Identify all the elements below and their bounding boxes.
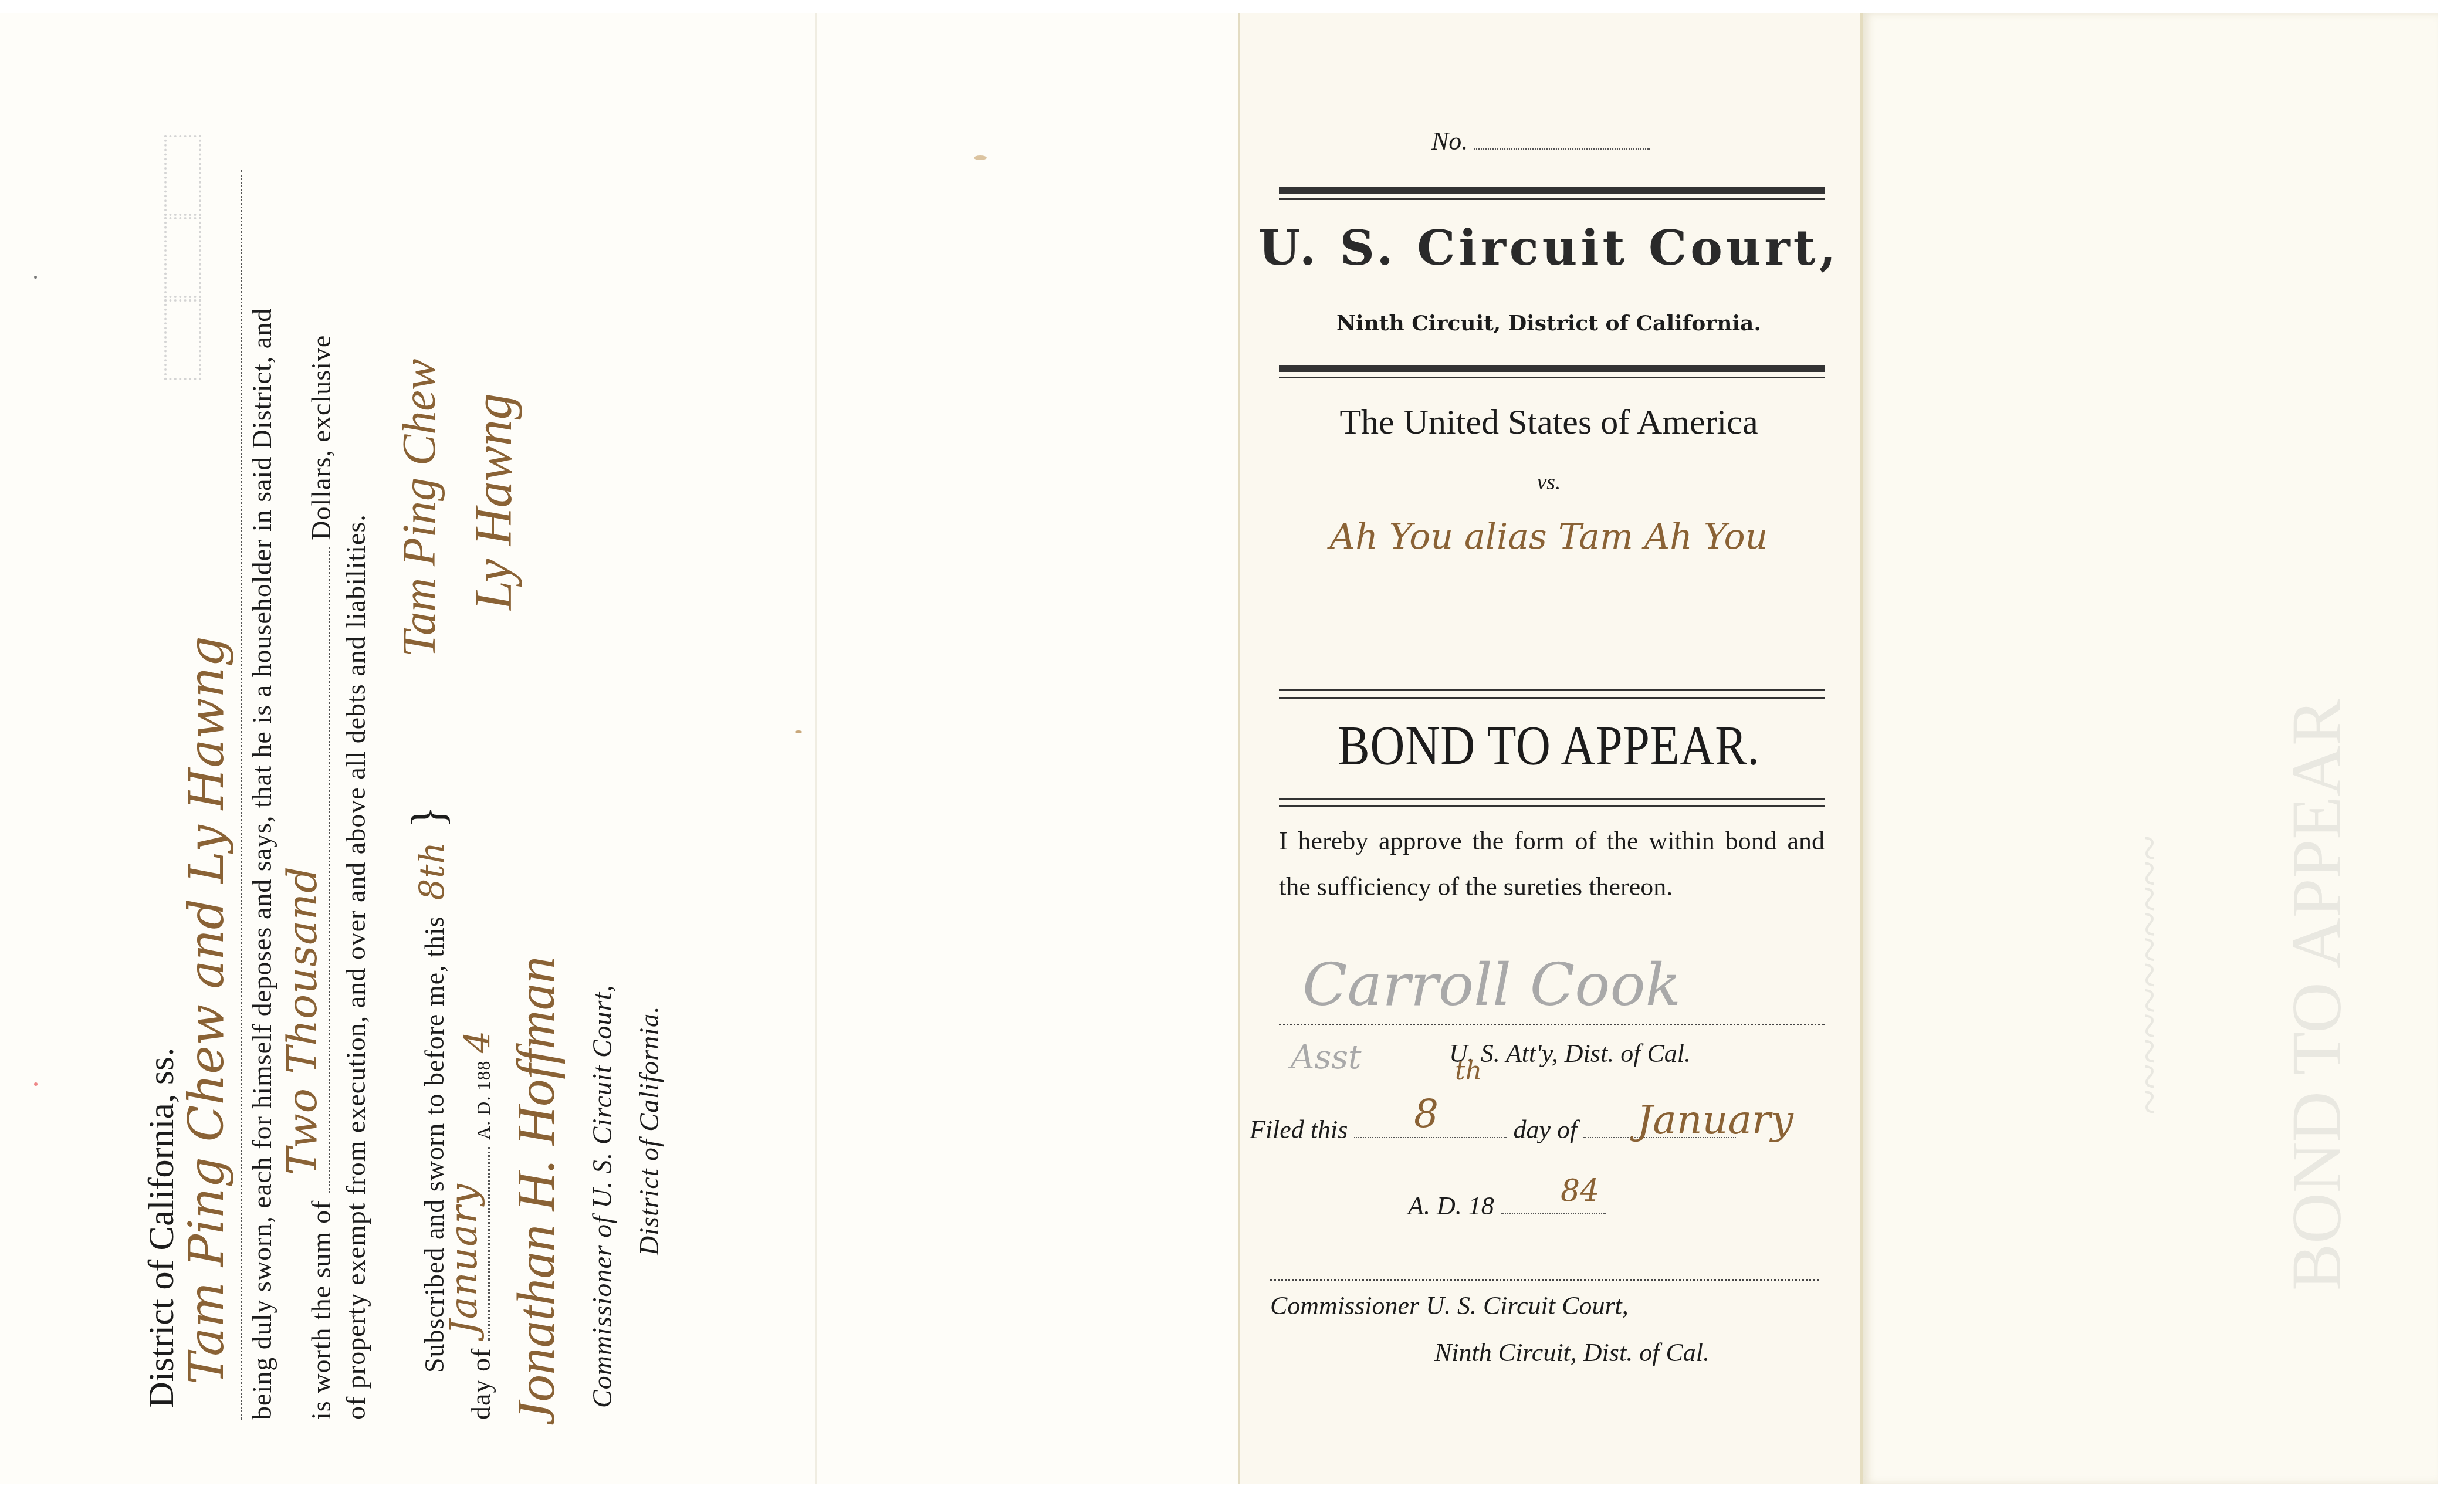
sum-label: is worth the sum of	[306, 1200, 336, 1420]
ad-label: A. D. 18	[1408, 1192, 1494, 1220]
day-handwriting: 8th	[412, 841, 452, 901]
ornamental-rule	[1279, 365, 1825, 372]
defendant-handwriting: Ah You alias Tam Ah You	[1238, 516, 1860, 557]
document-title: BOND TO APPEAR.	[1285, 713, 1813, 778]
commissioner-line-1: Commissioner U. S. Circuit Court,	[1270, 1291, 1629, 1321]
approval-text: I hereby approve the form of the within …	[1279, 818, 1825, 910]
filed-day-of: day of	[1513, 1115, 1577, 1144]
filed-day-suffix: th	[1455, 1056, 1482, 1086]
day-of-line: day of January A. D. 188 4	[458, 1030, 499, 1420]
double-rule	[1279, 697, 1825, 699]
number-label: No.	[1431, 127, 1468, 155]
sum-field: Two Thousand	[293, 547, 330, 1193]
month-field: January	[459, 1147, 490, 1341]
month-handwriting: January	[442, 1183, 486, 1335]
oath-line-2: is worth the sum of Two Thousand Dollars…	[293, 335, 337, 1420]
ornamental-rule	[1279, 187, 1825, 194]
ornamental-rule	[1279, 198, 1825, 200]
paper-speck	[34, 1082, 38, 1086]
filed-year-handwriting: 84	[1561, 1173, 1599, 1209]
double-rule	[1279, 798, 1825, 800]
signature-2: Ly Hawng	[463, 393, 524, 610]
affidavit-rotated: District of California, ss. Tam Ping Che…	[123, 70, 769, 1420]
deponents-line: Tam Ping Chew and Ly Hawng	[179, 170, 242, 1420]
court-name: U. S. Circuit Court,	[1238, 220, 1860, 276]
number-field	[1474, 131, 1650, 150]
filed-month-handwriting: January	[1637, 1097, 1793, 1143]
oath-line-3: of property exempt from execution, and o…	[340, 514, 371, 1420]
bleed-through-text: ~~~~~~~~~~~	[2124, 835, 2177, 1115]
plaintiff: The United States of America	[1238, 402, 1860, 442]
brace: }	[402, 805, 454, 828]
sum-handwriting: Two Thousand	[278, 866, 326, 1175]
day-of-text: day of	[466, 1348, 496, 1420]
attorney-signature: Carroll Cook	[1302, 950, 1681, 1019]
deponents-handwriting: Tam Ping Chew and Ly Hawng	[179, 636, 235, 1385]
commissioner-signature-line	[1270, 1279, 1819, 1281]
year-handwriting: 4	[458, 1030, 499, 1053]
attorney-title: U. S. Att'y, Dist. of Cal.	[1449, 1038, 1691, 1068]
filed-day-handwriting: 8	[1414, 1091, 1439, 1136]
paper-speck	[34, 276, 37, 279]
fold-line	[815, 13, 817, 1484]
commissioner-signature: Jonathan H. Hoffman	[505, 956, 567, 1426]
paper-speck	[974, 155, 987, 160]
signature-1: Tam Ping Chew	[393, 359, 446, 657]
ornamental-rule	[1279, 377, 1825, 378]
ad-label: A. D. 188	[473, 1061, 494, 1140]
district-heading: District of California, ss.	[141, 1047, 182, 1408]
oath-line-1: being duly sworn, each for himself depos…	[246, 308, 277, 1420]
commissioner-district: District of California.	[634, 1006, 665, 1255]
case-number: No.	[1431, 126, 1650, 156]
commissioner-title: Commissioner of U. S. Circuit Court,	[587, 984, 618, 1408]
bleed-through-text: BOND TO APPEAR	[2276, 699, 2357, 1291]
double-rule	[1279, 805, 1825, 807]
attorney-prefix: Asst	[1291, 1038, 1361, 1077]
signature-line	[1279, 1024, 1825, 1025]
double-rule	[1279, 689, 1825, 691]
dollars-label: Dollars, exclusive	[306, 335, 336, 540]
court-subtitle: Ninth Circuit, District of California.	[1238, 311, 1860, 336]
commissioner-line-2: Ninth Circuit, Dist. of Cal.	[1434, 1338, 1710, 1368]
filed-label: Filed this	[1250, 1115, 1348, 1144]
versus: vs.	[1238, 469, 1860, 495]
paper-speck	[795, 730, 802, 733]
